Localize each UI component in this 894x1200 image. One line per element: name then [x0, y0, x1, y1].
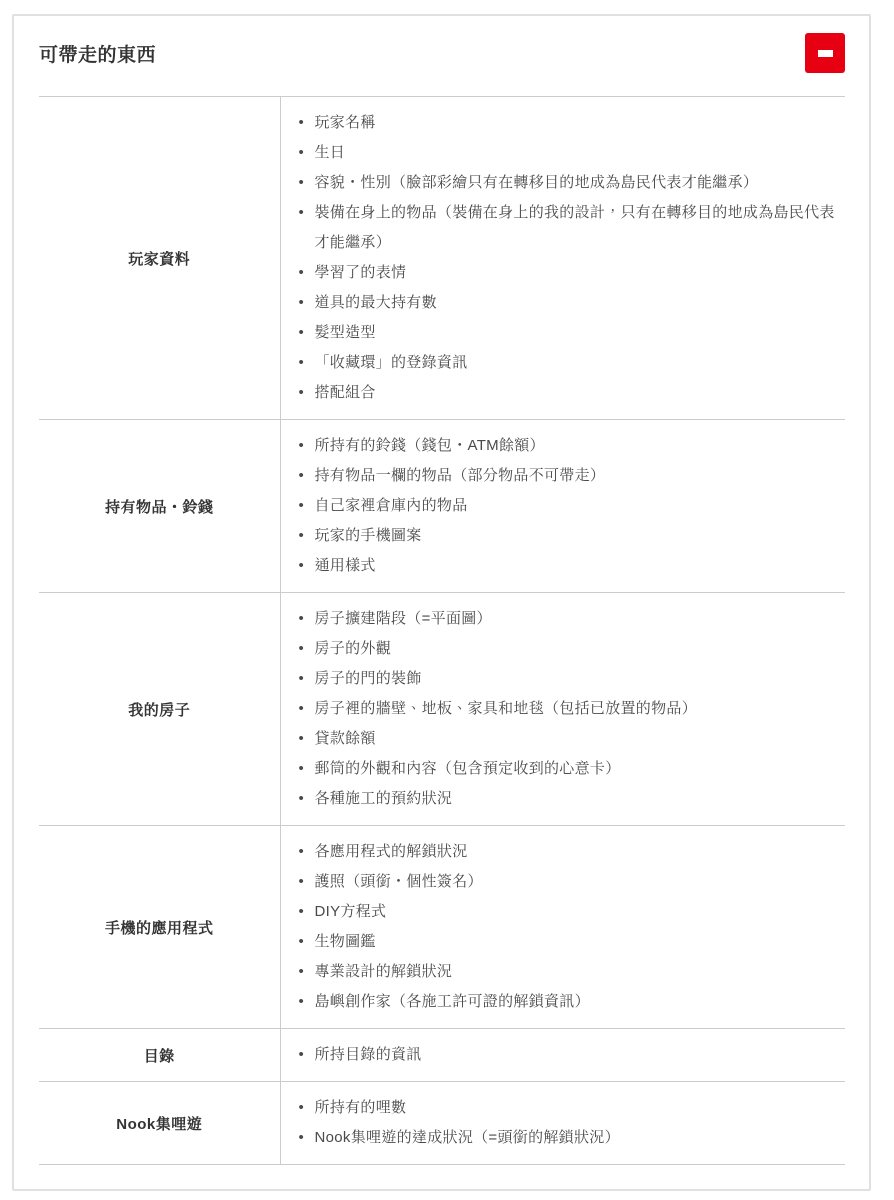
items-cell: 所持有的鈴錢（錢包・ATM餘額）持有物品一欄的物品（部分物品不可帶走）自己家裡倉… — [280, 420, 845, 593]
list-item: 各應用程式的解鎖狀況 — [299, 837, 836, 867]
collapsible-panel: 可帶走的東西 玩家資料玩家名稱生日容貌・性別（臉部彩繪只有在轉移目的地成為島民代… — [12, 14, 871, 1191]
table-body: 玩家資料玩家名稱生日容貌・性別（臉部彩繪只有在轉移目的地成為島民代表才能繼承）裝… — [39, 97, 845, 1165]
panel-title: 可帶走的東西 — [39, 40, 156, 67]
items-cell: 所持有的哩數Nook集哩遊的達成狀況（=頭銜的解鎖狀況） — [280, 1082, 845, 1165]
list-item: 自己家裡倉庫內的物品 — [299, 491, 836, 521]
table-row: 我的房子房子擴建階段（=平面圖）房子的外觀房子的門的裝飾房子裡的牆壁、地板、家具… — [39, 593, 845, 826]
list-item: 生物圖鑑 — [299, 927, 836, 957]
takeable-items-table: 玩家資料玩家名稱生日容貌・性別（臉部彩繪只有在轉移目的地成為島民代表才能繼承）裝… — [39, 96, 845, 1165]
list-item: 搭配組合 — [299, 378, 836, 408]
list-item: 容貌・性別（臉部彩繪只有在轉移目的地成為島民代表才能繼承） — [299, 168, 836, 198]
category-cell: 我的房子 — [39, 593, 280, 826]
list-item: 護照（頭銜・個性簽名） — [299, 867, 836, 897]
minus-icon — [818, 50, 833, 57]
list-item: 通用樣式 — [299, 551, 836, 581]
items-list: 所持有的鈴錢（錢包・ATM餘額）持有物品一欄的物品（部分物品不可帶走）自己家裡倉… — [299, 431, 836, 581]
list-item: 玩家名稱 — [299, 108, 836, 138]
list-item: 房子裡的牆壁、地板、家具和地毯（包括已放置的物品） — [299, 694, 836, 724]
list-item: DIY方程式 — [299, 897, 836, 927]
category-cell: 手機的應用程式 — [39, 826, 280, 1029]
items-list: 玩家名稱生日容貌・性別（臉部彩繪只有在轉移目的地成為島民代表才能繼承）裝備在身上… — [299, 108, 836, 408]
items-list: 各應用程式的解鎖狀況護照（頭銜・個性簽名）DIY方程式生物圖鑑專業設計的解鎖狀況… — [299, 837, 836, 1017]
list-item: Nook集哩遊的達成狀況（=頭銜的解鎖狀況） — [299, 1123, 836, 1153]
list-item: 所持目錄的資訊 — [299, 1040, 836, 1070]
items-list: 所持目錄的資訊 — [299, 1040, 836, 1070]
list-item: 道具的最大持有數 — [299, 288, 836, 318]
list-item: 貸款餘額 — [299, 724, 836, 754]
list-item: 房子的門的裝飾 — [299, 664, 836, 694]
list-item: 「收藏環」的登錄資訊 — [299, 348, 836, 378]
items-cell: 房子擴建階段（=平面圖）房子的外觀房子的門的裝飾房子裡的牆壁、地板、家具和地毯（… — [280, 593, 845, 826]
list-item: 學習了的表情 — [299, 258, 836, 288]
panel-header: 可帶走的東西 — [39, 33, 845, 73]
list-item: 各種施工的預約狀況 — [299, 784, 836, 814]
table-row: 持有物品・鈴錢所持有的鈴錢（錢包・ATM餘額）持有物品一欄的物品（部分物品不可帶… — [39, 420, 845, 593]
list-item: 生日 — [299, 138, 836, 168]
items-list: 所持有的哩數Nook集哩遊的達成狀況（=頭銜的解鎖狀況） — [299, 1093, 836, 1153]
category-cell: 目錄 — [39, 1029, 280, 1082]
list-item: 玩家的手機圖案 — [299, 521, 836, 551]
list-item: 島嶼創作家（各施工許可證的解鎖資訊） — [299, 987, 836, 1017]
category-cell: 玩家資料 — [39, 97, 280, 420]
table-row: 玩家資料玩家名稱生日容貌・性別（臉部彩繪只有在轉移目的地成為島民代表才能繼承）裝… — [39, 97, 845, 420]
category-cell: 持有物品・鈴錢 — [39, 420, 280, 593]
items-cell: 所持目錄的資訊 — [280, 1029, 845, 1082]
table-row: 手機的應用程式各應用程式的解鎖狀況護照（頭銜・個性簽名）DIY方程式生物圖鑑專業… — [39, 826, 845, 1029]
list-item: 郵筒的外觀和內容（包含預定收到的心意卡） — [299, 754, 836, 784]
list-item: 專業設計的解鎖狀況 — [299, 957, 836, 987]
category-cell: Nook集哩遊 — [39, 1082, 280, 1165]
items-cell: 玩家名稱生日容貌・性別（臉部彩繪只有在轉移目的地成為島民代表才能繼承）裝備在身上… — [280, 97, 845, 420]
table-row: Nook集哩遊所持有的哩數Nook集哩遊的達成狀況（=頭銜的解鎖狀況） — [39, 1082, 845, 1165]
list-item: 裝備在身上的物品（裝備在身上的我的設計，只有在轉移目的地成為島民代表才能繼承） — [299, 198, 836, 258]
list-item: 所持有的鈴錢（錢包・ATM餘額） — [299, 431, 836, 461]
list-item: 房子擴建階段（=平面圖） — [299, 604, 836, 634]
list-item: 房子的外觀 — [299, 634, 836, 664]
list-item: 所持有的哩數 — [299, 1093, 836, 1123]
items-cell: 各應用程式的解鎖狀況護照（頭銜・個性簽名）DIY方程式生物圖鑑專業設計的解鎖狀況… — [280, 826, 845, 1029]
list-item: 髮型造型 — [299, 318, 836, 348]
collapse-button[interactable] — [805, 33, 845, 73]
list-item: 持有物品一欄的物品（部分物品不可帶走） — [299, 461, 836, 491]
table-row: 目錄所持目錄的資訊 — [39, 1029, 845, 1082]
items-list: 房子擴建階段（=平面圖）房子的外觀房子的門的裝飾房子裡的牆壁、地板、家具和地毯（… — [299, 604, 836, 814]
